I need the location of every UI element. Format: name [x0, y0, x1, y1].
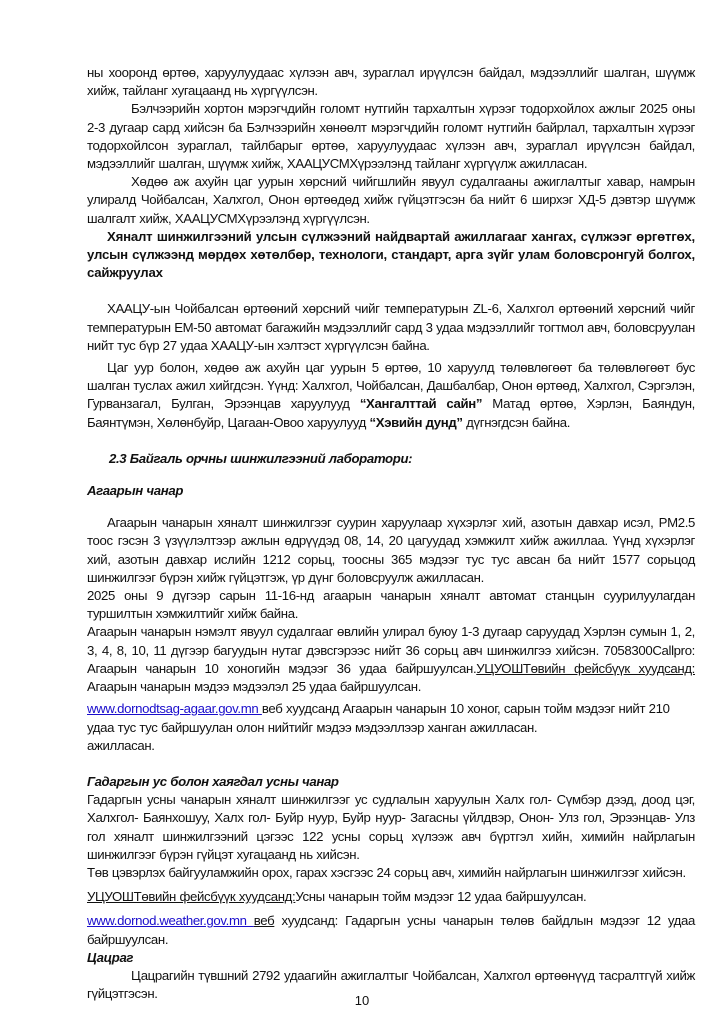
- bold-heading-network: Хяналт шинжилгээний улсын сүлжээний найд…: [87, 228, 695, 283]
- paragraph-pasture-pests: Бэлчээрийн хортон мэрэгчдийн голомт нутг…: [87, 100, 695, 173]
- paragraph-intro: ны хооронд өртөө, харуулуудаас хүлээн ав…: [87, 64, 695, 100]
- paragraph-soil-moisture: Хөдөө аж ахуйн цаг уурын хөрсний чийгшли…: [87, 173, 695, 228]
- document-page: ны хооронд өртөө, харуулуудаас хүлээн ав…: [87, 64, 695, 1003]
- dornod-weather-link[interactable]: www.dornod.weather.gov.mn: [87, 913, 254, 928]
- water-web-paragraph: www.dornod.weather.gov.mn веб хуудсанд: …: [87, 912, 695, 948]
- water-quality-heading: Гадаргын ус болон хаягдал усны чанар: [87, 773, 695, 791]
- rating-good: “Хангалттай сайн”: [360, 396, 482, 411]
- facebook-page-link[interactable]: УЦУОШТөвийн фейсбүүк хуудсанд:: [476, 661, 695, 676]
- air-quality-paragraph-3: Агаарын чанарын нэмэлт явуул судалгааг ө…: [87, 623, 695, 696]
- water-quality-paragraph-2: Төв цэвэрлэх байгууламжийн орох, гарах х…: [87, 864, 695, 882]
- air-quality-paragraph-2: 2025 оны 9 дүгээр сарын 11-16-нд агаарын…: [87, 587, 695, 623]
- air-quality-web-paragraph: www.dornodtsag-agaar.gov.mn веб хуудсанд…: [87, 700, 695, 736]
- water-quality-paragraph-1: Гадаргын усны чанарын хяналт шинжилгээг …: [87, 791, 695, 864]
- paragraph-instruments: ХААЦУ-ын Чойбалсан өртөөний хөрсний чийг…: [87, 300, 695, 355]
- paragraph-inspections: Цаг уур болон, хөдөө аж ахуйн цаг уурын …: [87, 359, 695, 432]
- page-number: 10: [0, 993, 724, 1008]
- section-title: 2.3 Байгаль орчны шинжилгээний лаборатор…: [87, 450, 695, 468]
- dornodtsag-agaar-link[interactable]: www.dornodtsag-agaar.gov.mn: [87, 701, 262, 716]
- air-quality-heading: Агаарын чанар: [87, 482, 695, 500]
- air-quality-tail: ажилласан.: [87, 737, 695, 755]
- air-quality-paragraph-1: Агаарын чанарын хяналт шинжилгээг суурин…: [87, 514, 695, 587]
- water-facebook-page-link[interactable]: УЦУОШТөвийн фейсбүүк хуудсанд:: [87, 889, 295, 904]
- radiation-heading: Цацраг: [87, 949, 695, 967]
- rating-normal: “Хэвийн дунд”: [370, 415, 463, 430]
- water-facebook-paragraph: УЦУОШТөвийн фейсбүүк хуудсанд:Усны чанар…: [87, 888, 695, 906]
